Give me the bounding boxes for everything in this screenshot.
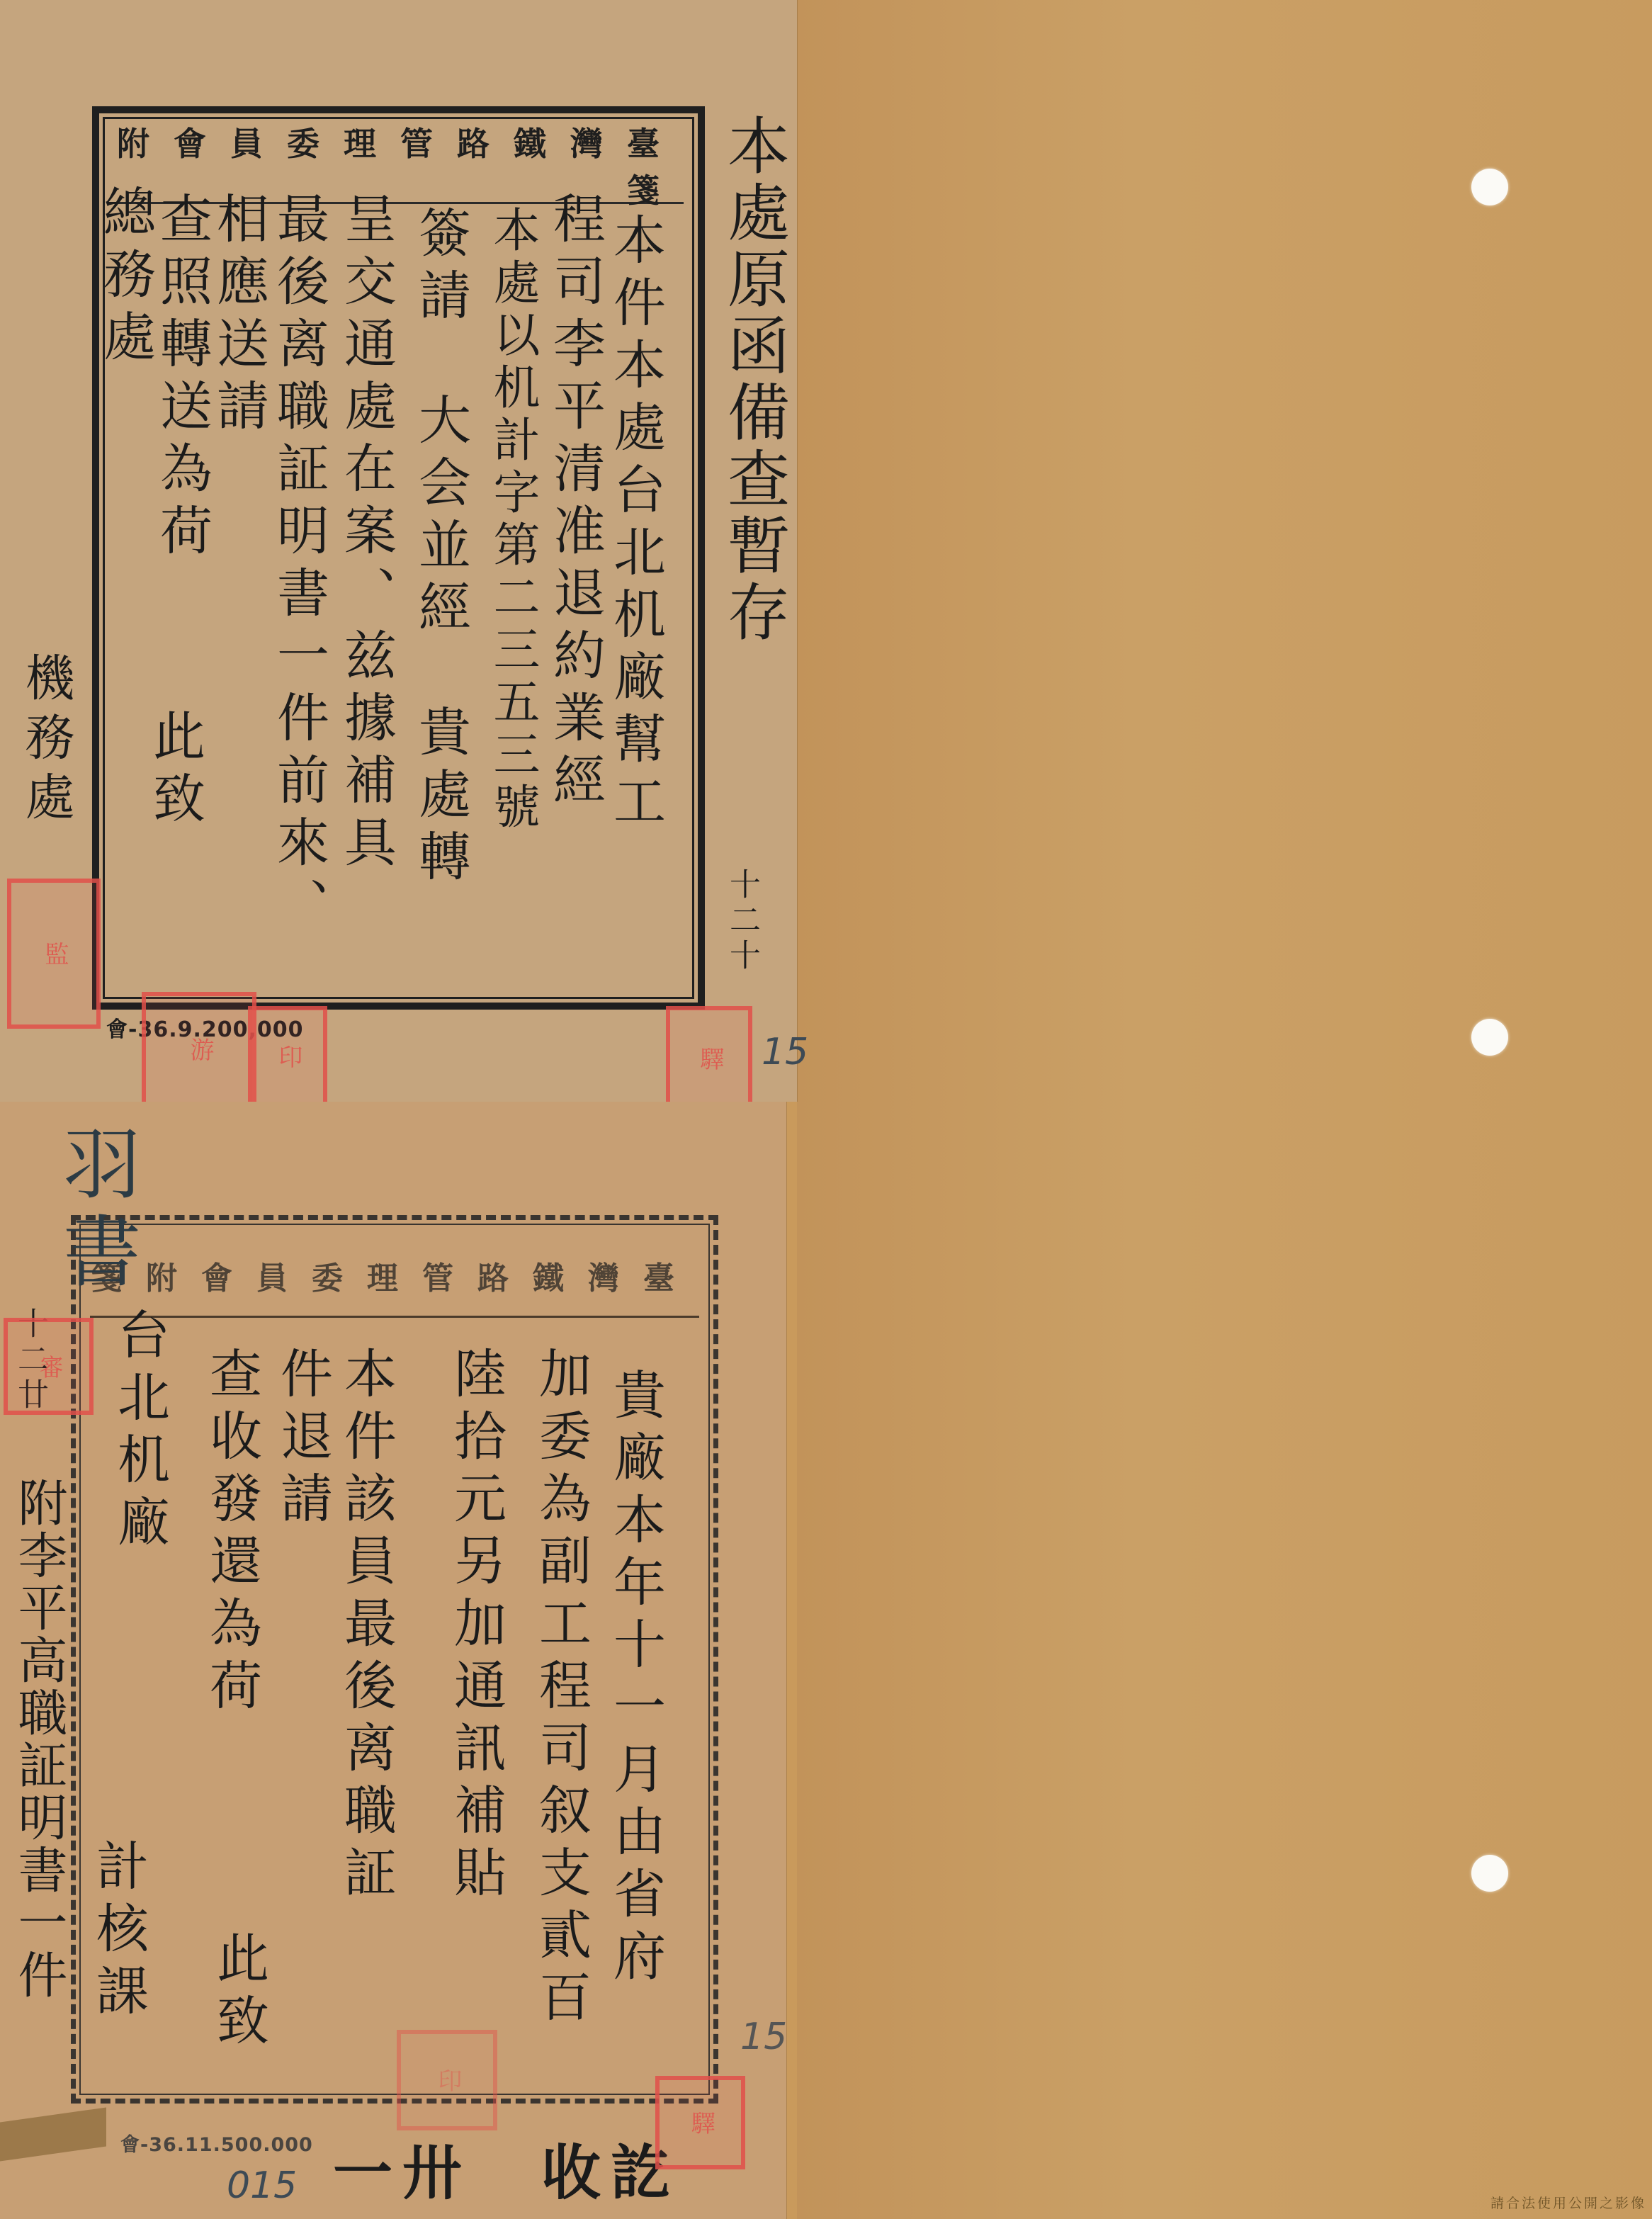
margin-annotation: 本處原函備查暫存 bbox=[723, 113, 785, 646]
usage-watermark: 請合法使用公開之影像 bbox=[1490, 2193, 1646, 2212]
hole-punch bbox=[1471, 1019, 1508, 1056]
body-column: 貴廠本年十一月由省府 bbox=[609, 1367, 662, 1991]
form-serial: 會-36.11.500.000 bbox=[120, 2129, 313, 2157]
letterhead-title: 臺灣鐵路管理委員會附箋 bbox=[91, 1253, 698, 1298]
signer: 計核課 bbox=[92, 1839, 145, 2026]
seal-stamp: 游 bbox=[142, 992, 256, 1107]
body-column: 程司李平清准退約業經 bbox=[549, 191, 601, 815]
attachment-note: 附李平高職証明書一件 bbox=[14, 1477, 64, 2001]
seal-stamp: 監 bbox=[7, 879, 101, 1029]
seal-stamp: 印 bbox=[248, 1006, 327, 1107]
seal-stamp: 驛 bbox=[655, 2076, 745, 2169]
recipient-column: 台北机廠 bbox=[113, 1307, 166, 1557]
bottom-memo-sheet: 臺灣鐵路管理委員會附箋 貴廠本年十一月由省府 加委為副工程司叙支貳百 陸拾元另加… bbox=[0, 1102, 786, 2219]
body-column: 本件本處台北机廠幫工 bbox=[609, 213, 662, 836]
page-mark: 15 bbox=[762, 1031, 808, 1073]
body-column: 查照轉送為荷 bbox=[156, 191, 208, 565]
body-column: 本件該員最後离職証 bbox=[340, 1346, 392, 1907]
archive-number: 015 bbox=[227, 2164, 297, 2207]
body-column: 查收發還為荷 bbox=[205, 1346, 258, 1720]
hole-punch bbox=[1471, 169, 1508, 205]
body-column: 呈交通處在案、兹據補具 bbox=[340, 191, 392, 877]
closing-text: 此致 bbox=[149, 708, 201, 833]
marginal-signature: 羽書 bbox=[57, 1123, 135, 1299]
page-mark: 15 bbox=[740, 2016, 787, 2058]
body-column: 陸拾元另加通訊補貼 bbox=[450, 1346, 502, 1907]
album-backing-sheet bbox=[797, 0, 1652, 2219]
body-column: 加委為副工程司叙支貳百 bbox=[535, 1346, 587, 2032]
seal-stamp: 印 bbox=[397, 2030, 497, 2130]
signer: 機務處 bbox=[21, 652, 71, 830]
body-column: 簽請 大会並經 貴處轉 bbox=[414, 205, 467, 891]
bottom-letterhead: 臺灣鐵路管理委員會附箋 bbox=[90, 1234, 699, 1318]
hole-punch bbox=[1471, 1855, 1508, 1892]
recipient-column: 總務處 bbox=[99, 184, 152, 371]
date-annotation: 十二十 bbox=[726, 868, 757, 974]
body-column: 本處以机計字第二三五三號 bbox=[489, 205, 536, 835]
top-memo-sheet: 臺灣鐵路管理委員會附箋 本件本處台北机廠幫工 程司李平清准退約業經 本處以机計字… bbox=[0, 0, 797, 1102]
body-column: 相應送請 bbox=[213, 191, 265, 441]
seal-stamp: 審 bbox=[4, 1318, 94, 1415]
body-column: 件退請 bbox=[276, 1346, 329, 1533]
closing-text: 此致 bbox=[213, 1931, 265, 2055]
receipt-marks: 一卅 收訖 bbox=[333, 2143, 680, 2203]
body-column: 最後离職証明書一件前來、 bbox=[273, 191, 325, 939]
seal-stamp: 驛 bbox=[666, 1006, 752, 1110]
